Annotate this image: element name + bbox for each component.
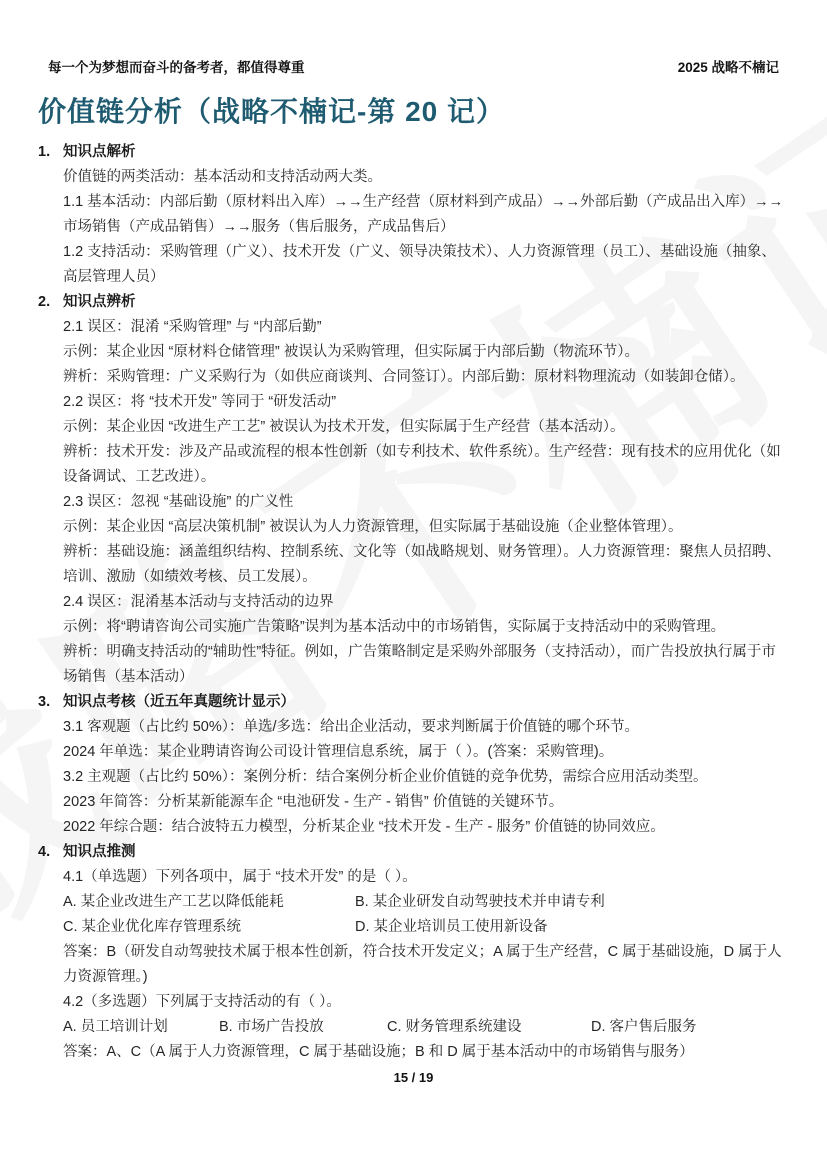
- paragraph: 3.1 客观题（占比约 50%）：单选/多选：给出企业活动，要求判断属于价值链的…: [63, 715, 790, 740]
- section-body: 4.1（单选题）下列各项中，属于 “技术开发” 的是（ ）。A. 某企业改进生产…: [63, 865, 790, 1065]
- paragraph: 2.2 误区：将 “技术开发” 等同于 “研发活动”: [63, 390, 790, 415]
- paragraph: 2.4 误区：混淆基本活动与支持活动的边界: [63, 590, 790, 615]
- section-title: 知识点辨析: [63, 290, 136, 315]
- option-item: B. 市场广告投放: [219, 1015, 387, 1040]
- paragraph: 辨析：采购管理：广义采购行为（如供应商谈判、合同签订）。内部后勤：原材料物理流动…: [63, 365, 790, 390]
- section: 1.知识点解析价值链的两类活动：基本活动和支持活动两大类。1.1 基本活动：内部…: [38, 140, 790, 290]
- option-item: B. 某企业研发自动驾驶技术并申请专利: [355, 890, 605, 915]
- section-title: 知识点推测: [63, 840, 136, 865]
- paragraph: 示例：某企业因 “原材料仓储管理” 被误认为采购管理，但实际属于内部后勤（物流环…: [63, 340, 790, 365]
- question-options-row: A. 某企业改进生产工艺以降低能耗B. 某企业研发自动驾驶技术并申请专利: [63, 890, 790, 915]
- paragraph: 答案：A、C（A 属于人力资源管理，C 属于基础设施；B 和 D 属于基本活动中…: [63, 1040, 790, 1065]
- section-number: 2.: [38, 290, 63, 315]
- header-edition: 2025 战略不楠记: [678, 56, 779, 76]
- paragraph: 2.3 误区：忽视 “基础设施” 的广义性: [63, 490, 790, 515]
- question-options-row: A. 员工培训计划B. 市场广告投放C. 财务管理系统建设D. 客户售后服务: [63, 1015, 790, 1040]
- paragraph: 示例：将“聘请咨询公司实施广告策略”误判为基本活动中的市场销售，实际属于支持活动…: [63, 615, 790, 640]
- option-item: A. 某企业改进生产工艺以降低能耗: [63, 890, 355, 915]
- paragraph: 2024 年单选：某企业聘请咨询公司设计管理信息系统，属于（ ）。(答案：采购管…: [63, 740, 790, 765]
- section-title: 知识点考核（近五年真题统计显示）: [63, 690, 295, 715]
- paragraph: 2.1 误区：混淆 “采购管理” 与 “内部后勤”: [63, 315, 790, 340]
- option-item: A. 员工培训计划: [63, 1015, 219, 1040]
- section-heading: 4.知识点推测: [38, 840, 790, 865]
- section-number: 1.: [38, 140, 63, 165]
- section: 3.知识点考核（近五年真题统计显示）3.1 客观题（占比约 50%）：单选/多选…: [38, 690, 790, 840]
- paragraph: 辨析：明确支持活动的“辅助性”特征。例如，广告策略制定是采购外部服务（支持活动）…: [63, 640, 790, 690]
- page-header: 每一个为梦想而奋斗的备考者，都值得尊重 2025 战略不楠记: [48, 56, 779, 76]
- document-page: 战略不楠记 每一个为梦想而奋斗的备考者，都值得尊重 2025 战略不楠记 价值链…: [0, 0, 827, 1170]
- section-heading: 3.知识点考核（近五年真题统计显示）: [38, 690, 790, 715]
- paragraph: 4.2（多选题）下列属于支持活动的有（ ）。: [63, 990, 790, 1015]
- page-number: 15 / 19: [394, 1070, 434, 1085]
- option-item: D. 某企业培训员工使用新设备: [355, 915, 548, 940]
- paragraph: 辨析：基础设施：涵盖组织结构、控制系统、文化等（如战略规划、财务管理）。人力资源…: [63, 540, 790, 590]
- paragraph: 价值链的两类活动：基本活动和支持活动两大类。: [63, 165, 790, 190]
- paragraph: 2022 年综合题：结合波特五力模型，分析某企业 “技术开发 - 生产 - 服务…: [63, 815, 790, 840]
- section: 4.知识点推测4.1（单选题）下列各项中，属于 “技术开发” 的是（ ）。A. …: [38, 840, 790, 1065]
- paragraph: 示例：某企业因 “改进生产工艺” 被误认为技术开发，但实际属于生产经营（基本活动…: [63, 415, 790, 440]
- question-options-row: C. 某企业优化库存管理系统D. 某企业培训员工使用新设备: [63, 915, 790, 940]
- paragraph: 答案：B（研发自动驾驶技术属于根本性创新，符合技术开发定义；A 属于生产经营，C…: [63, 940, 790, 990]
- option-item: C. 财务管理系统建设: [387, 1015, 591, 1040]
- section-number: 3.: [38, 690, 63, 715]
- section-heading: 1.知识点解析: [38, 140, 790, 165]
- paragraph: 1.1 基本活动：内部后勤（原材料出入库）→→生产经营（原材料到产成品）→→外部…: [63, 190, 790, 240]
- option-item: C. 某企业优化库存管理系统: [63, 915, 355, 940]
- section-body: 2.1 误区：混淆 “采购管理” 与 “内部后勤”示例：某企业因 “原材料仓储管…: [63, 315, 790, 690]
- paragraph: 辨析：技术开发：涉及产品或流程的根本性创新（如专利技术、软件系统）。生产经营：现…: [63, 440, 790, 490]
- section-number: 4.: [38, 840, 63, 865]
- page-footer: 15 / 19: [0, 1070, 827, 1085]
- option-item: D. 客户售后服务: [591, 1015, 697, 1040]
- paragraph: 2023 年简答：分析某新能源车企 “电池研发 - 生产 - 销售” 价值链的关…: [63, 790, 790, 815]
- paragraph: 1.2 支持活动：采购管理（广义）、技术开发（广义、领导决策技术）、人力资源管理…: [63, 240, 790, 290]
- paragraph: 3.2 主观题（占比约 50%）：案例分析：结合案例分析企业价值链的竞争优势，需…: [63, 765, 790, 790]
- section-title: 知识点解析: [63, 140, 136, 165]
- header-motto: 每一个为梦想而奋斗的备考者，都值得尊重: [48, 56, 305, 76]
- paragraph: 示例：某企业因 “高层决策机制” 被误认为人力资源管理，但实际属于基础设施（企业…: [63, 515, 790, 540]
- section: 2.知识点辨析2.1 误区：混淆 “采购管理” 与 “内部后勤”示例：某企业因 …: [38, 290, 790, 690]
- section-heading: 2.知识点辨析: [38, 290, 790, 315]
- section-body: 价值链的两类活动：基本活动和支持活动两大类。1.1 基本活动：内部后勤（原材料出…: [63, 165, 790, 290]
- paragraph: 4.1（单选题）下列各项中，属于 “技术开发” 的是（ ）。: [63, 865, 790, 890]
- section-body: 3.1 客观题（占比约 50%）：单选/多选：给出企业活动，要求判断属于价值链的…: [63, 715, 790, 840]
- page-title: 价值链分析（战略不楠记-第 20 记）: [38, 90, 789, 130]
- content: 1.知识点解析价值链的两类活动：基本活动和支持活动两大类。1.1 基本活动：内部…: [38, 140, 790, 1065]
